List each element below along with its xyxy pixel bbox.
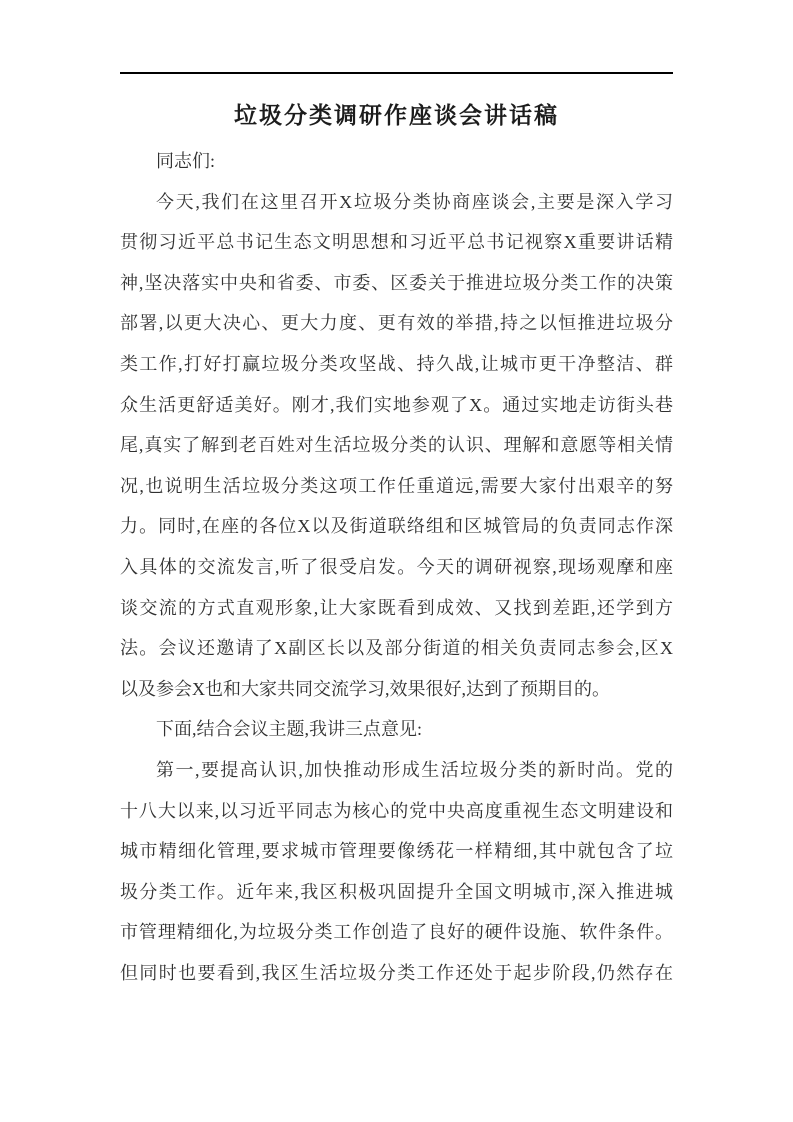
document-body: 同志们: 今天,我们在这里召开X垃圾分类协商座谈会,主要是深入学习 贯彻习近平总…: [120, 141, 673, 993]
text-line: 圾分类工作。近年来,我区积极巩固提升全国文明城市,深入推进城: [120, 872, 673, 913]
text-line: 今天,我们在这里召开X垃圾分类协商座谈会,主要是深入学习: [120, 182, 673, 223]
text-line: 部署,以更大决心、更大力度、更有效的举措,持之以恒推进垃圾分: [120, 303, 673, 344]
page-content: 垃圾分类调研作座谈会讲话稿 同志们: 今天,我们在这里召开X垃圾分类协商座谈会,…: [120, 0, 673, 993]
text-line: 入具体的交流发言,听了很受启发。今天的调研视察,现场观摩和座: [120, 547, 673, 588]
text-line: 但同时也要看到,我区生活垃圾分类工作还处于起步阶段,仍然存在: [120, 953, 673, 994]
text-line: 法。会议还邀请了X副区长以及部分街道的相关负责同志参会,区X: [120, 628, 673, 669]
document-title: 垃圾分类调研作座谈会讲话稿: [120, 100, 673, 132]
text-line: 尾,真实了解到老百姓对生活垃圾分类的认识、理解和意愿等相关情: [120, 425, 673, 466]
text-line: 力。同时,在座的各位X以及街道联络组和区城管局的负责同志作深: [120, 506, 673, 547]
text-line: 同志们:: [120, 141, 673, 182]
text-line: 谈交流的方式直观形象,让大家既看到成效、又找到差距,还学到方: [120, 588, 673, 629]
text-line: 神,坚决落实中央和省委、市委、区委关于推进垃圾分类工作的决策: [120, 263, 673, 304]
text-line: 市管理精细化,为垃圾分类工作创造了良好的硬件设施、软件条件。: [120, 912, 673, 953]
text-line: 十八大以来,以习近平同志为核心的党中央高度重视生态文明建设和: [120, 791, 673, 832]
text-line: 下面,结合会议主题,我讲三点意见:: [120, 709, 673, 750]
document-page: 垃圾分类调研作座谈会讲话稿 同志们: 今天,我们在这里召开X垃圾分类协商座谈会,…: [0, 0, 793, 1122]
text-line: 况,也说明生活垃圾分类这项工作任重道远,需要大家付出艰辛的努: [120, 466, 673, 507]
header-rule: [120, 0, 673, 74]
text-line: 贯彻习近平总书记生态文明思想和习近平总书记视察X重要讲话精: [120, 222, 673, 263]
text-line: 城市精细化管理,要求城市管理要像绣花一样精细,其中就包含了垃: [120, 831, 673, 872]
text-line: 众生活更舒适美好。刚才,我们实地参观了X。通过实地走访街头巷: [120, 385, 673, 426]
text-line: 第一,要提高认识,加快推动形成生活垃圾分类的新时尚。党的: [120, 750, 673, 791]
text-line: 类工作,打好打赢垃圾分类攻坚战、持久战,让城市更干净整洁、群: [120, 344, 673, 385]
text-line: 以及参会X也和大家共同交流学习,效果很好,达到了预期目的。: [120, 669, 673, 710]
